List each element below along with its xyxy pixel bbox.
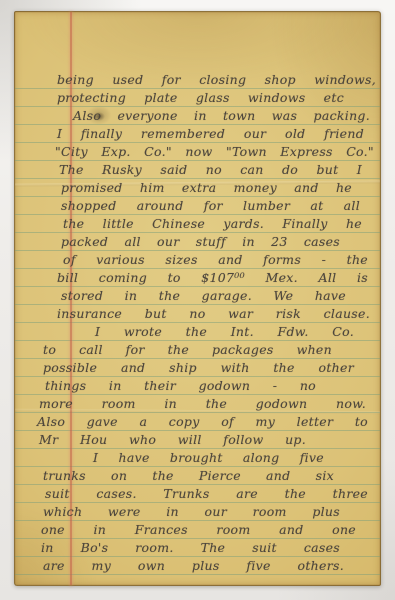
handwriting-line: packed all our stuff in 23 cases xyxy=(15,233,380,251)
handwriting-line: Mr Hou who will follow up. xyxy=(15,431,380,449)
handwriting-line: shopped around for lumber at all xyxy=(15,197,380,215)
handwriting-line: Also gave a copy of my letter to xyxy=(15,413,380,431)
handwriting-line: more room in the godown now. xyxy=(15,395,380,413)
handwriting-line: of various sizes and forms - the xyxy=(15,251,380,269)
handwriting-line: trunks on the Pierce and six xyxy=(15,467,380,485)
handwriting-line: I wrote the Int. Fdw. Co. xyxy=(15,323,380,341)
handwriting-line: to call for the packages when xyxy=(15,341,380,359)
letter-page: being used for closing shop windows, pro… xyxy=(14,11,381,586)
handwriting-line: "City Exp. Co." now "Town Express Co." xyxy=(15,143,380,161)
handwriting-block: being used for closing shop windows, pro… xyxy=(15,71,380,575)
handwriting-line: I have brought along five xyxy=(15,449,380,467)
handwriting-line: promised him extra money and he xyxy=(15,179,380,197)
handwriting-line: which were in our room plus xyxy=(15,503,380,521)
handwriting-line: suit cases. Trunks are the three xyxy=(15,485,380,503)
handwriting-line: stored in the garage. We have xyxy=(15,287,380,305)
handwriting-line: in Bo's room. The suit cases xyxy=(15,539,380,557)
handwriting-line: bill coming to $107⁰⁰ Mex. All is xyxy=(15,269,380,287)
handwriting-line: things in their godown - no xyxy=(15,377,380,395)
handwriting-line: one in Frances room and one xyxy=(15,521,380,539)
handwriting-line: Also everyone in town was packing. xyxy=(15,107,380,125)
handwriting-line: The Rusky said no can do but I xyxy=(15,161,380,179)
handwriting-line: insurance but no war risk clause. xyxy=(15,305,380,323)
handwriting-line: the little Chinese yards. Finally he xyxy=(15,215,380,233)
handwriting-line: possible and ship with the other xyxy=(15,359,380,377)
handwriting-line: I finally remembered our old friend xyxy=(15,125,380,143)
handwriting-line: are my own plus five others. xyxy=(15,557,380,575)
handwriting-line: being used for closing shop windows, xyxy=(15,71,380,89)
handwriting-line: protecting plate glass windows etc xyxy=(15,89,380,107)
